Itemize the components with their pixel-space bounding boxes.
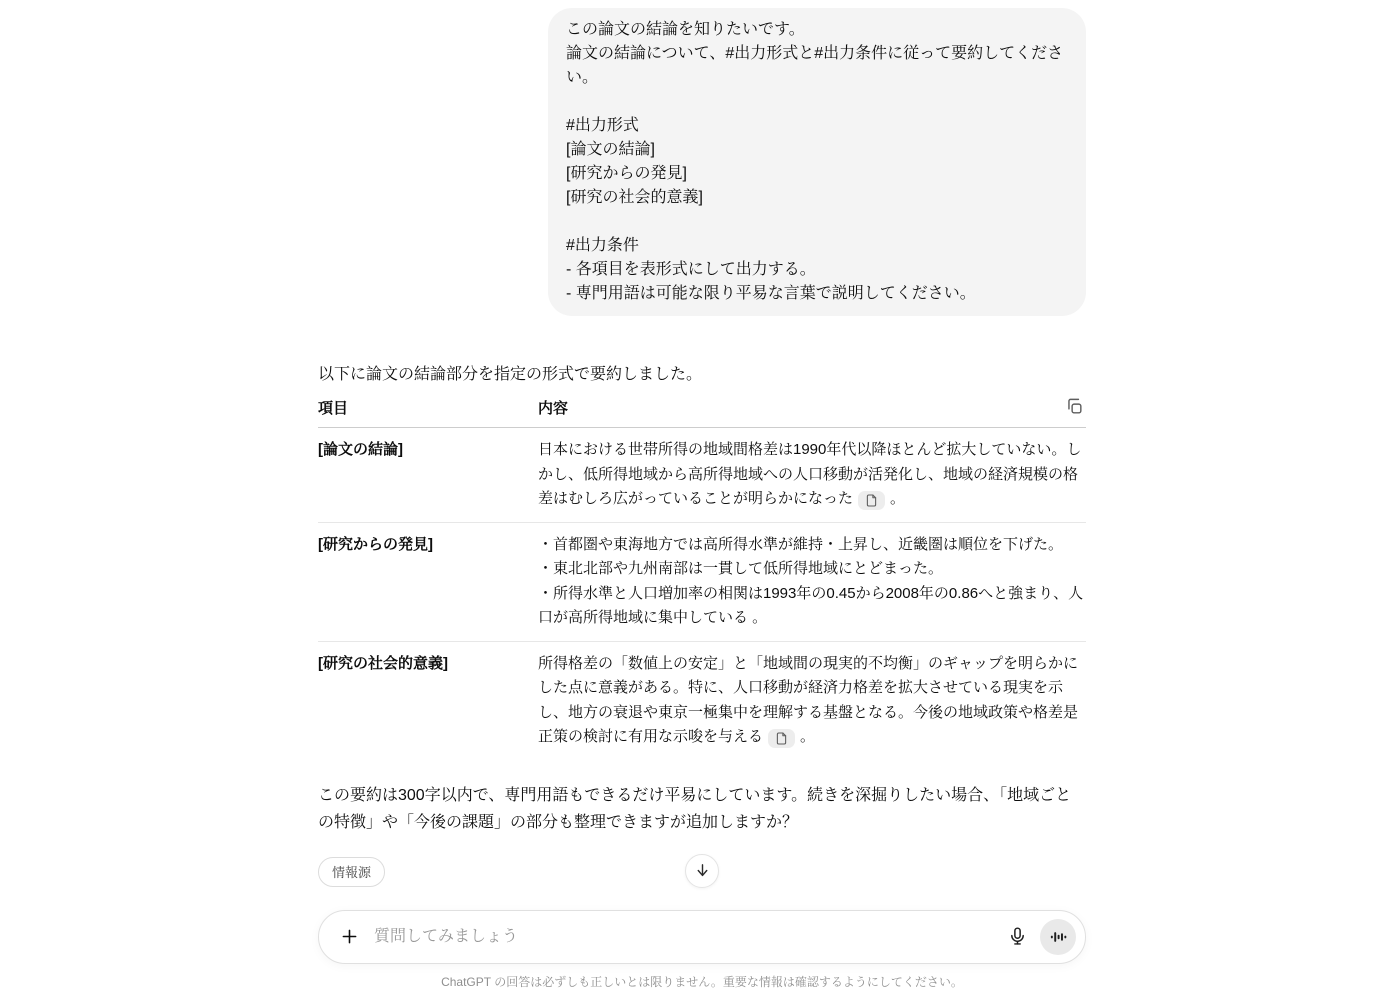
citation-source-icon[interactable]	[858, 491, 885, 510]
table-header-content: 内容	[538, 397, 1056, 418]
table-header-row: 項目 内容	[318, 394, 1086, 428]
message-input[interactable]	[372, 927, 1000, 947]
plus-icon	[339, 926, 360, 947]
assistant-outro-text: この要約は300字以内で、専門用語もできるだけ平易にしています。続きを深掘りした…	[318, 782, 1086, 836]
microphone-icon	[1007, 926, 1028, 947]
table-cell-content: 日本における世帯所得の地域間格差は1990年代以降ほとんど拡大していない。しかし…	[538, 438, 1086, 512]
table-header-item: 項目	[318, 397, 538, 418]
voice-waveform-icon	[1049, 928, 1067, 946]
composer	[318, 910, 1086, 964]
voice-mode-button[interactable]	[1040, 919, 1076, 955]
dictate-button[interactable]	[1000, 920, 1034, 954]
table-cell-item: [論文の結論]	[318, 438, 538, 512]
assistant-action-row: 情報源	[318, 854, 1086, 888]
copy-table-button[interactable]	[1062, 394, 1086, 418]
citation-source-icon[interactable]	[768, 729, 795, 748]
table-row: [論文の結論]日本における世帯所得の地域間格差は1990年代以降ほとんど拡大して…	[318, 428, 1086, 523]
arrow-down-icon	[694, 862, 711, 879]
assistant-intro-text: 以下に論文の結論部分を指定の形式で要約しました。	[318, 362, 1086, 388]
user-message-row: この論文の結論を知りたいです。 論文の結論について、#出力形式と#出力条件に従っ…	[318, 0, 1086, 316]
copy-icon	[1065, 397, 1084, 416]
disclaimer-text: ChatGPT の回答は必ずしも正しいとは限りません。重要な情報は確認するように…	[318, 973, 1086, 989]
table-cell-content: 所得格差の「数値上の安定」と「地域間の現実的不均衡」のギャップを明らかにした点に…	[538, 652, 1086, 750]
table-row: [研究の社会的意義]所得格差の「数値上の安定」と「地域間の現実的不均衡」のギャッ…	[318, 642, 1086, 760]
sources-button[interactable]: 情報源	[318, 857, 385, 887]
attach-button[interactable]	[332, 920, 366, 954]
table-row: [研究からの発見]・首都圏や東海地方では高所得水準が維持・上昇し、近畿圏は順位を…	[318, 523, 1086, 642]
table-cell-item: [研究の社会的意義]	[318, 652, 538, 750]
table-cell-item: [研究からの発見]	[318, 533, 538, 631]
user-message-bubble: この論文の結論を知りたいです。 論文の結論について、#出力形式と#出力条件に従っ…	[548, 8, 1086, 316]
summary-table-body: [論文の結論]日本における世帯所得の地域間格差は1990年代以降ほとんど拡大して…	[318, 428, 1086, 760]
summary-table: 項目 内容 [論文の結論]日本における世帯所得の地域間格差は1990年代以降ほと…	[318, 394, 1086, 760]
scroll-to-bottom-button[interactable]	[685, 854, 719, 888]
assistant-message: 以下に論文の結論部分を指定の形式で要約しました。 項目 内容 [論文の結論]日本…	[318, 362, 1086, 888]
chat-page: この論文の結論を知りたいです。 論文の結論について、#出力形式と#出力条件に従っ…	[318, 0, 1086, 989]
table-cell-content: ・首都圏や東海地方では高所得水準が維持・上昇し、近畿圏は順位を下げた。 ・東北北…	[538, 533, 1086, 631]
